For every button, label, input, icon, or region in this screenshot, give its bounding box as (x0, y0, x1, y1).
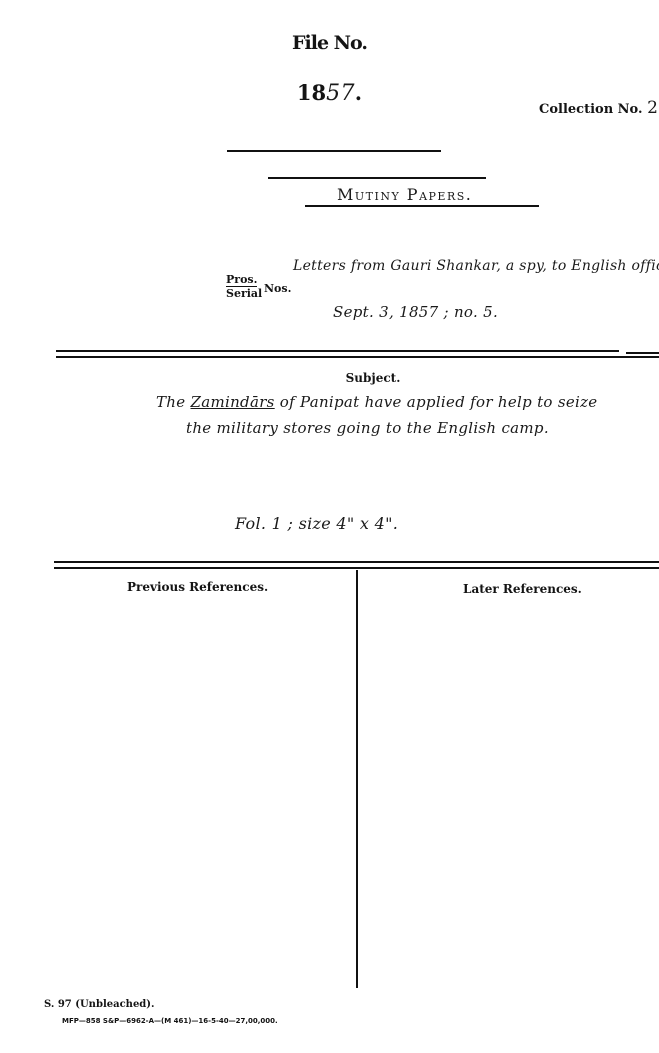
subject-prefix: The (156, 393, 191, 411)
year-suffix: . (355, 80, 362, 105)
serial-label: Serial (226, 287, 262, 300)
year-printed: 18 (297, 80, 326, 105)
pros-label: Pros. (226, 273, 257, 287)
subject-line-1: The Zamindārs of Panipat have applied fo… (156, 393, 597, 411)
title-underline (305, 205, 539, 207)
form-number: S. 97 (Unbleached). (44, 999, 155, 1010)
description-line-2: Sept. 3, 1857 ; no. 5. (333, 303, 498, 321)
collection-title: Mutiny Papers. (337, 185, 472, 204)
previous-references-label: Previous References. (127, 580, 268, 594)
year-handwritten: 57 (326, 81, 355, 106)
subject-line-2: the military stores going to the English… (186, 419, 549, 437)
section-rule-top-right (626, 352, 659, 354)
section-rule-bottom (56, 356, 659, 358)
folio-size: Fol. 1 ; size 4" x 4". (235, 514, 398, 533)
print-info: MFP—858 S&P—6962-A—(M 461)—16-5-40—27,00… (62, 1017, 278, 1025)
divider-rule (268, 177, 486, 179)
file-no-label: File No. (0, 32, 659, 54)
later-references-label: Later References. (463, 582, 582, 596)
references-rule-bottom (54, 567, 659, 569)
divider-rule (227, 150, 441, 152)
collection-label: Collection No. (539, 102, 643, 117)
description-line-1: Letters from Gauri Shankar, a spy, to En… (293, 258, 659, 274)
collection-field: Collection No. 20 (539, 98, 659, 118)
subject-suffix: of Panipat have applied for help to seiz… (275, 393, 598, 411)
column-divider (356, 570, 358, 988)
subject-label: Subject. (0, 371, 659, 385)
nos-label: Nos. (264, 282, 291, 295)
collection-value: 20 (647, 98, 659, 118)
subject-underlined-word: Zamindārs (191, 393, 275, 411)
pros-serial-label: Pros. Serial (226, 273, 262, 300)
section-rule-top (56, 350, 619, 352)
references-rule-top (54, 561, 659, 563)
